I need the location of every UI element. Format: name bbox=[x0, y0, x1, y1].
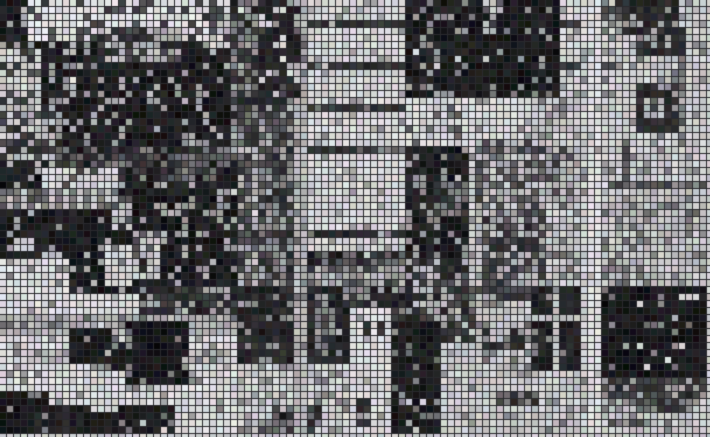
mosaic-canvas bbox=[0, 0, 710, 437]
mosaic-artwork bbox=[0, 0, 710, 437]
